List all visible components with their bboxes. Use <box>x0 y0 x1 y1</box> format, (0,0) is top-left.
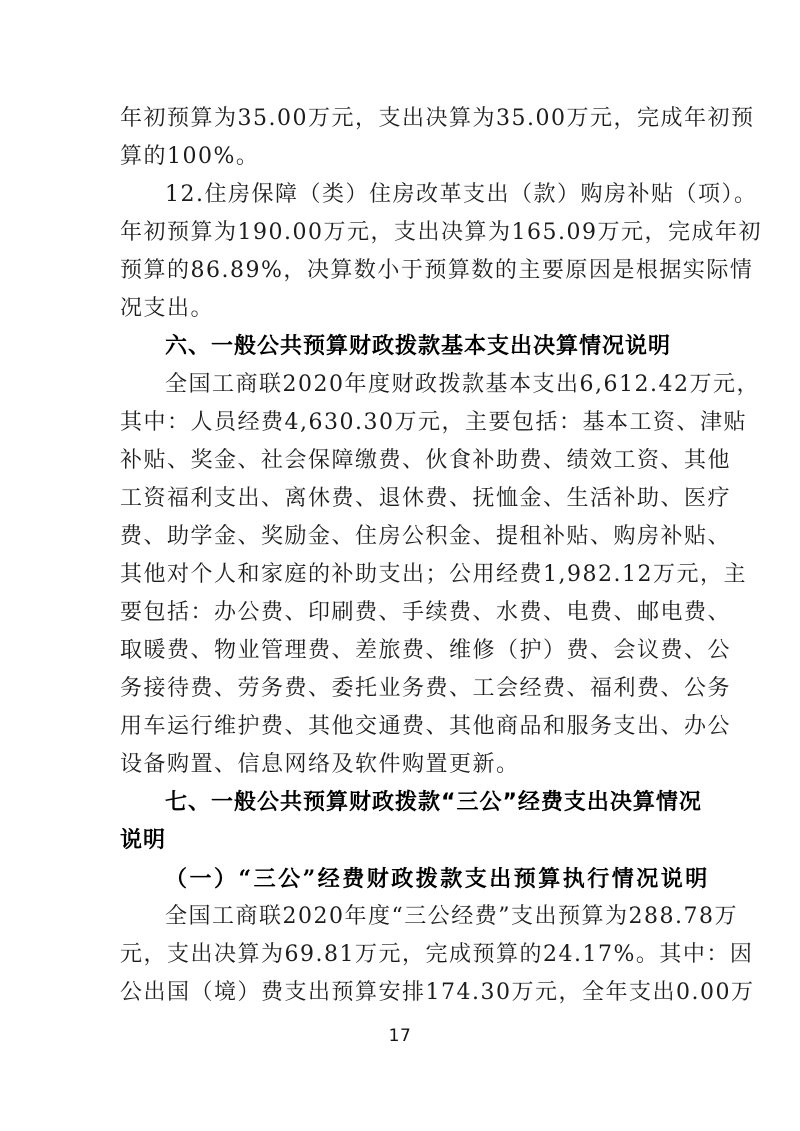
section-heading-six: 六、一般公共预算财政拨款基本支出决算情况说明 <box>120 328 700 366</box>
text-line: 务接待费、劳务费、委托业务费、工会经费、福利费、公务 <box>120 670 700 708</box>
text-line: 预算的86.89%，决算数小于预算数的主要原因是根据实际情 <box>120 252 700 290</box>
heading-line: 说明 <box>120 822 700 860</box>
text-line: 补贴、奖金、社会保障缴费、伙食补助费、绩效工资、其他 <box>120 442 700 480</box>
text-line: 况支出。 <box>120 290 700 328</box>
section-heading-seven: 七、一般公共预算财政拨款“三公”经费支出决算情况 说明 <box>120 784 700 860</box>
text-line: 取暖费、物业管理费、差旅费、维修（护）费、会议费、公 <box>120 632 700 670</box>
text-line: 全国工商联2020年度“三公经费”支出预算为288.78万 <box>120 898 700 936</box>
page-number: 17 <box>0 1026 800 1046</box>
document-page: 年初预算为35.00万元，支出决算为35.00万元，完成年初预 算的100%。 … <box>0 0 800 1131</box>
page-content: 年初预算为35.00万元，支出决算为35.00万元，完成年初预 算的100%。 … <box>120 100 700 1012</box>
text-line: 其中：人员经费4,630.30万元，主要包括：基本工资、津贴 <box>120 404 700 442</box>
paragraph-item11-continuation: 年初预算为35.00万元，支出决算为35.00万元，完成年初预 算的100%。 <box>120 100 700 176</box>
text-line: 公出国（境）费支出预算安排174.30万元，全年支出0.00万 <box>120 974 700 1012</box>
text-line: 其他对个人和家庭的补助支出；公用经费1,982.12万元，主 <box>120 556 700 594</box>
text-line: 费、助学金、奖励金、住房公积金、提租补贴、购房补贴、 <box>120 518 700 556</box>
heading-line: 七、一般公共预算财政拨款“三公”经费支出决算情况 <box>120 784 700 822</box>
heading-line: 六、一般公共预算财政拨款基本支出决算情况说明 <box>120 328 700 366</box>
paragraph-basic-expenditure-detail: 全国工商联2020年度财政拨款基本支出6,612.42万元， 其中：人员经费4,… <box>120 366 700 784</box>
paragraph-item12-housing-subsidy: 12.住房保障（类）住房改革支出（款）购房补贴（项）。 年初预算为190.00万… <box>120 176 700 328</box>
text-line: 工资福利支出、离休费、退休费、抚恤金、生活补助、医疗 <box>120 480 700 518</box>
text-line: 12.住房保障（类）住房改革支出（款）购房补贴（项）。 <box>120 176 700 214</box>
text-line: 要包括：办公费、印刷费、手续费、水费、电费、邮电费、 <box>120 594 700 632</box>
text-line: 用车运行维护费、其他交通费、其他商品和服务支出、办公 <box>120 708 700 746</box>
text-line: 元，支出决算为69.81万元，完成预算的24.17%。其中：因 <box>120 936 700 974</box>
text-line: 全国工商联2020年度财政拨款基本支出6,612.42万元， <box>120 366 700 404</box>
text-line: 设备购置、信息网络及软件购置更新。 <box>120 746 700 784</box>
subsection-heading-one: （一）“三公”经费财政拨款支出预算执行情况说明 <box>120 860 700 898</box>
text-line: 算的100%。 <box>120 138 700 176</box>
paragraph-sangong-budget-execution: 全国工商联2020年度“三公经费”支出预算为288.78万 元，支出决算为69.… <box>120 898 700 1012</box>
text-line: 年初预算为35.00万元，支出决算为35.00万元，完成年初预 <box>120 100 700 138</box>
subheading-line: （一）“三公”经费财政拨款支出预算执行情况说明 <box>120 860 700 898</box>
text-line: 年初预算为190.00万元，支出决算为165.09万元，完成年初 <box>120 214 700 252</box>
